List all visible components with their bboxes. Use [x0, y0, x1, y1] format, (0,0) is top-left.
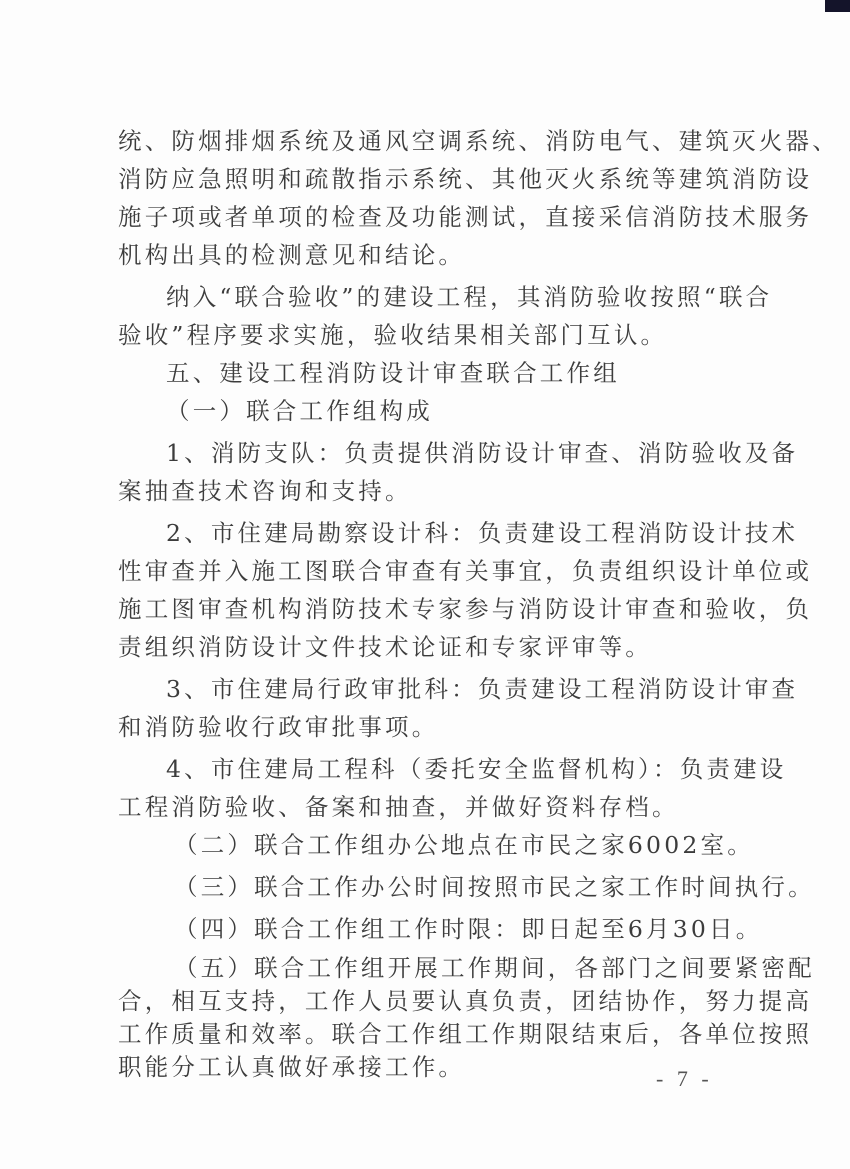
text-line: 2、市住建局勘察设计科：负责建设工程消防设计技术 — [118, 514, 703, 552]
subsection-time-limit: （四）联合工作组工作时限：即日起至6月30日。 — [118, 910, 703, 948]
text-line: 施工图审查机构消防技术专家参与消防设计审查和验收，负 — [118, 590, 703, 628]
text-line: 性审查并入施工图联合审查有关事宜，负责组织设计单位或 — [118, 552, 703, 590]
text-line: 施子项或者单项的检查及功能测试，直接采信消防技术服务 — [118, 198, 703, 236]
paragraph-joint-acceptance: 纳入“联合验收”的建设工程，其消防验收按照“联合 验收”程序要求实施，验收结果相… — [118, 278, 703, 354]
text-line: 工作质量和效率。联合工作组工作期限结束后，各单位按照 — [118, 1018, 703, 1051]
text-line: 责组织消防设计文件技术论证和专家评审等。 — [118, 628, 703, 666]
text-line: 统、防烟排烟系统及通风空调系统、消防电气、建筑灭火器、 — [118, 122, 703, 160]
text-line: 消防应急照明和疏散指示系统、其他灭火系统等建筑消防设 — [118, 160, 703, 198]
subsection-office-location: （二）联合工作组办公地点在市民之家6002室。 — [118, 826, 703, 864]
page-number: - 7 - — [656, 1066, 713, 1092]
list-item-survey-design-dept: 2、市住建局勘察设计科：负责建设工程消防设计技术 性审查并入施工图联合审查有关事… — [118, 514, 703, 666]
section-heading-5: 五、建设工程消防设计审查联合工作组 — [118, 354, 703, 392]
subsection-cooperation: （五）联合工作组开展工作期间，各部门之间要紧密配 合，相互支持，工作人员要认真负… — [118, 952, 703, 1084]
subsection-heading-1: （一）联合工作组构成 — [118, 392, 703, 430]
text-line: 纳入“联合验收”的建设工程，其消防验收按照“联合 — [118, 278, 703, 316]
text-line: 验收”程序要求实施，验收结果相关部门互认。 — [118, 316, 703, 354]
document-body: 统、防烟排烟系统及通风空调系统、消防电气、建筑灭火器、 消防应急照明和疏散指示系… — [118, 122, 703, 1084]
text-line: 合，相互支持，工作人员要认真负责，团结协作，努力提高 — [118, 985, 703, 1018]
text-line: 和消防验收行政审批事项。 — [118, 708, 703, 746]
text-line: 职能分工认真做好承接工作。 — [118, 1051, 703, 1084]
list-item-admin-approval-dept: 3、市住建局行政审批科：负责建设工程消防设计审查 和消防验收行政审批事项。 — [118, 670, 703, 746]
list-item-engineering-dept: 4、市住建局工程科（委托安全监督机构）：负责建设 工程消防验收、备案和抽查，并做… — [118, 750, 703, 826]
text-line: 案抽查技术咨询和支持。 — [118, 472, 703, 510]
subsection-office-hours: （三）联合工作办公时间按照市民之家工作时间执行。 — [118, 868, 703, 906]
text-line: 4、市住建局工程科（委托安全监督机构）：负责建设 — [118, 750, 703, 788]
text-line: （五）联合工作组开展工作期间，各部门之间要紧密配 — [118, 952, 703, 985]
text-line: 3、市住建局行政审批科：负责建设工程消防设计审查 — [118, 670, 703, 708]
scan-corner-mark — [825, 0, 850, 12]
paragraph-fire-inspection-continued: 统、防烟排烟系统及通风空调系统、消防电气、建筑灭火器、 消防应急照明和疏散指示系… — [118, 122, 703, 274]
text-line: 1、消防支队：负责提供消防设计审查、消防验收及备 — [118, 434, 703, 472]
list-item-fire-brigade: 1、消防支队：负责提供消防设计审查、消防验收及备 案抽查技术咨询和支持。 — [118, 434, 703, 510]
text-line: 工程消防验收、备案和抽查，并做好资料存档。 — [118, 788, 703, 826]
text-line: 机构出具的检测意见和结论。 — [118, 236, 703, 274]
